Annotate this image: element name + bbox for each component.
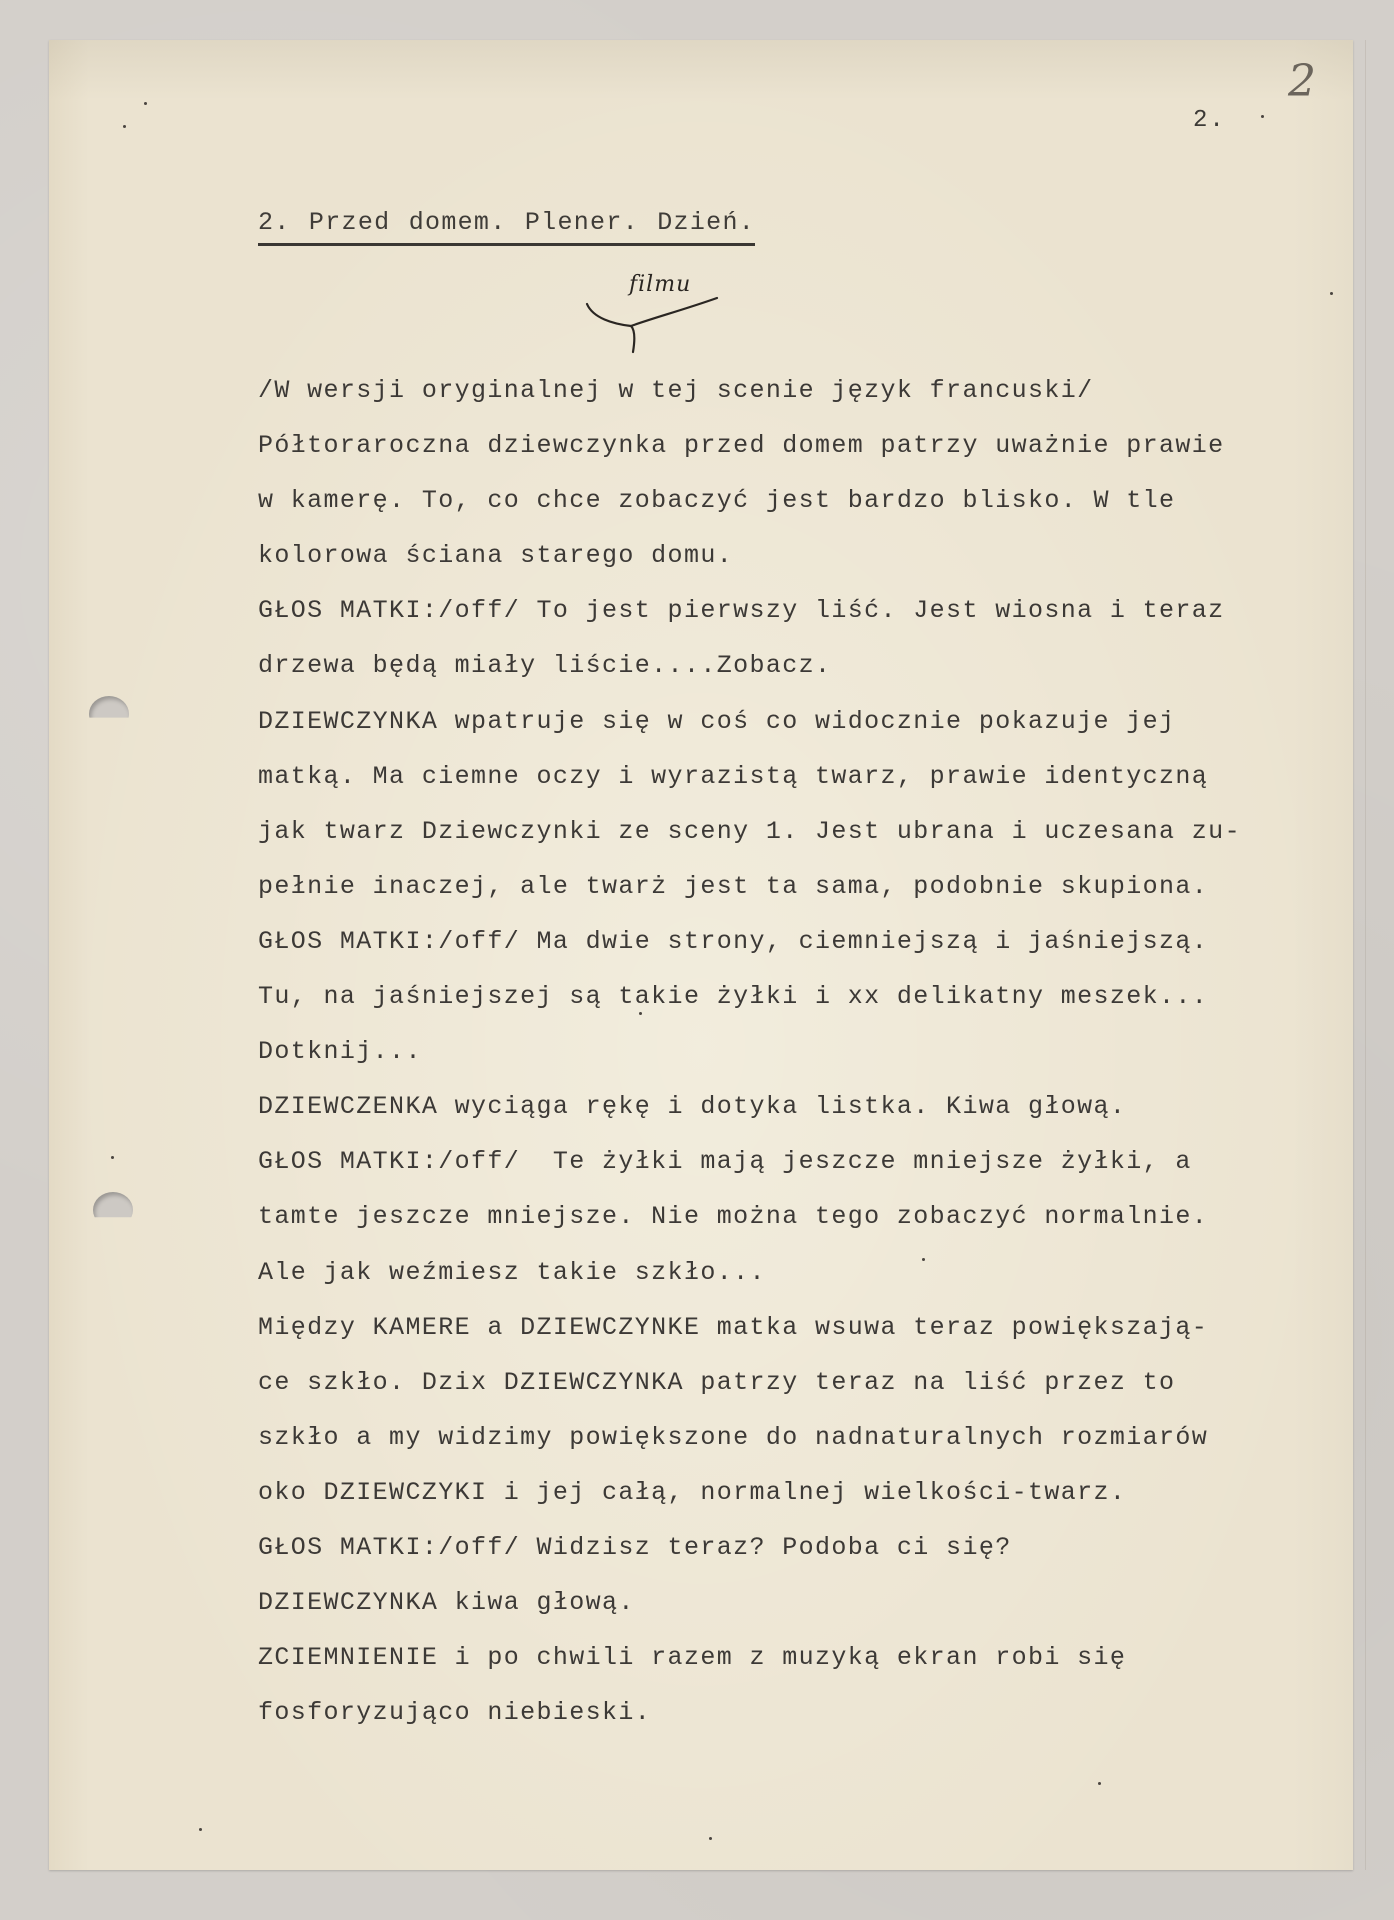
punch-hole-icon — [89, 696, 129, 732]
paper-speck — [1261, 115, 1264, 118]
text-line: Między KAMERE a DZIEWCZYNKE matka wsuwa … — [258, 1300, 1338, 1355]
text-line: szkło a my widzimy powiększone do nadnat… — [258, 1410, 1338, 1465]
text-line: pełnie inaczej, ale twarż jest ta sama, … — [258, 859, 1338, 914]
paper-speck — [922, 1258, 925, 1261]
paper-speck — [1098, 1782, 1101, 1785]
text-line: fosforyzująco niebieski. — [258, 1685, 1338, 1740]
paper-speck — [111, 1156, 114, 1159]
text-line: ce szkło. Dzix DZIEWCZYNKA patrzy teraz … — [258, 1355, 1338, 1410]
insertion-caret-icon — [583, 296, 723, 356]
text-line: oko DZIEWCZYKI i jej całą, normalnej wie… — [258, 1465, 1338, 1520]
paper-speck — [709, 1837, 712, 1840]
paper-speck — [1330, 292, 1333, 295]
paper-speck — [123, 125, 126, 128]
text-line: GŁOS MATKI:/off/ To jest pierwszy liść. … — [258, 583, 1338, 638]
paper-speck — [144, 102, 147, 105]
text-line: Tu, na jaśniejszej są takie żyłki i xx d… — [258, 969, 1338, 1024]
handwritten-page-number: 2 — [1288, 60, 1316, 104]
text-line: Dotknij... — [258, 1024, 1338, 1079]
paper-speck — [639, 1012, 642, 1015]
text-line: Ale jak weźmiesz takie szkło... — [258, 1245, 1338, 1300]
paper-fold-line — [1365, 40, 1366, 1870]
text-line: DZIEWCZYNKA wpatruje się w coś co widocz… — [258, 694, 1338, 749]
text-line: ZCIEMNIENIE i po chwili razem z muzyką e… — [258, 1630, 1338, 1685]
paper-speck — [199, 1828, 202, 1831]
text-line: DZIEWCZENKA wyciąga rękę i dotyka listka… — [258, 1079, 1338, 1134]
text-line: w kamerę. To, co chce zobaczyć jest bard… — [258, 473, 1338, 528]
text-line: tamte jeszcze mniejsze. Nie można tego z… — [258, 1189, 1338, 1244]
handwritten-insertion: filmu — [629, 274, 691, 296]
text-line: drzewa będą miały liście....Zobacz. — [258, 638, 1338, 693]
text-line: /W wersji oryginalnej w tej scenie język… — [258, 363, 1338, 418]
text-line: GŁOS MATKI:/off/ Widzisz teraz? Podoba c… — [258, 1520, 1338, 1575]
typed-page-number: 2. — [1193, 107, 1226, 134]
text-line: kolorowa ściana starego domu. — [258, 528, 1338, 583]
text-line: GŁOS MATKI:/off/ Te żyłki mają jeszcze m… — [258, 1134, 1338, 1189]
scene-heading: 2. Przed domem. Plener. Dzień. — [258, 208, 755, 246]
script-body: /W wersji oryginalnej w tej scenie język… — [258, 363, 1338, 1740]
text-line: Półtoraroczna dziewczynka przed domem pa… — [258, 418, 1338, 473]
text-line: jak twarz Dziewczynki ze sceny 1. Jest u… — [258, 804, 1338, 859]
text-line: GŁOS MATKI:/off/ Ma dwie strony, ciemnie… — [258, 914, 1338, 969]
text-line: DZIEWCZYNKA kiwa głową. — [258, 1575, 1338, 1630]
text-line: matką. Ma ciemne oczy i wyrazistą twarz,… — [258, 749, 1338, 804]
punch-hole-icon — [93, 1192, 133, 1228]
typescript-page: 2 2. 2. Przed domem. Plener. Dzień. film… — [49, 40, 1353, 1870]
